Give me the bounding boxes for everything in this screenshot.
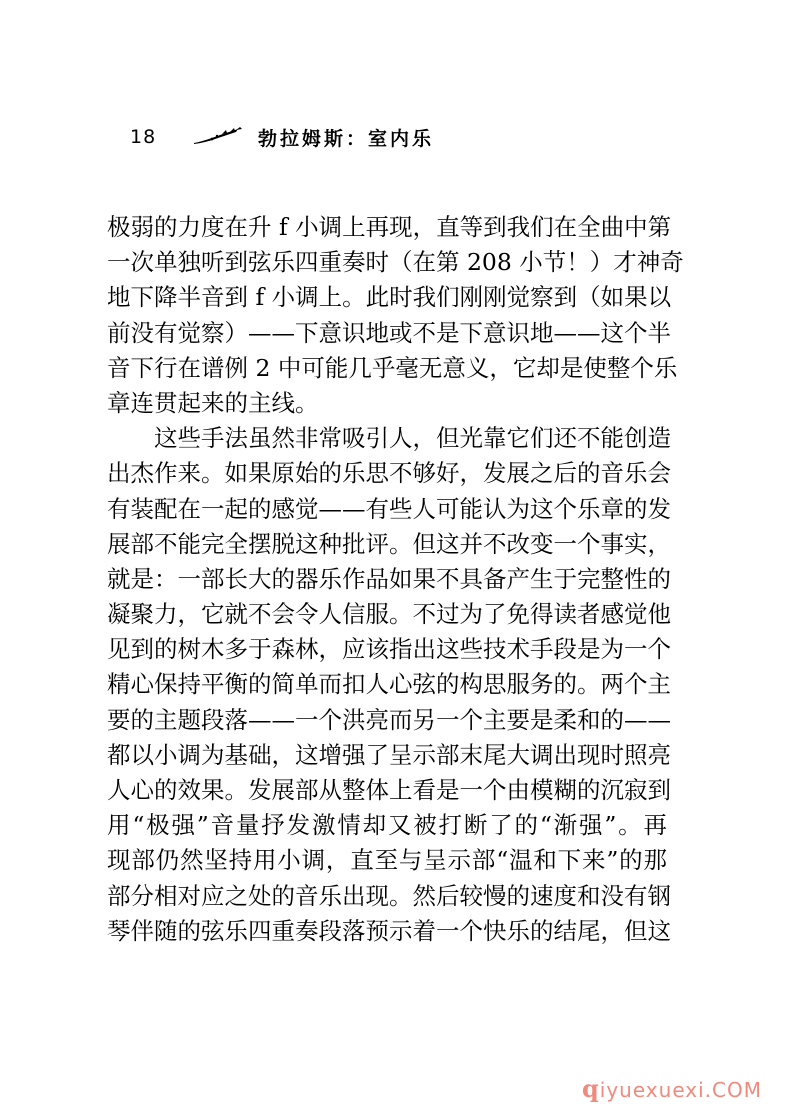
running-title: 勃拉姆斯：室内乐: [258, 124, 434, 151]
text-line: 用“极强”音量抒发激情却又被打断了的“渐强”。再: [107, 808, 667, 843]
text-line: 音下行在谱例 2 中可能几乎毫无意义，它却是使整个乐: [107, 351, 667, 386]
feather-ornament-icon: [192, 126, 244, 146]
text-line: 展部不能完全摆脱这种批评。但这并不改变一个事实，: [107, 527, 667, 562]
site-watermark: qiyuexuexi.COM: [582, 1074, 762, 1103]
text-line: 凝聚力，它就不会令人信服。不过为了免得读者感觉他: [107, 597, 667, 632]
text-line: 琴伴随的弦乐四重奏段落预示着一个快乐的结尾，但这: [107, 914, 667, 949]
text-line: 有装配在一起的感觉——有些人可能认为这个乐章的发: [107, 492, 667, 527]
page-header: 18 勃拉姆斯：室内乐: [130, 122, 650, 152]
text-line: 章连贯起来的主线。: [107, 386, 667, 421]
watermark-text: iyuexuexi.COM: [600, 1078, 762, 1102]
body-text: 极弱的力度在升 f 小调上再现，直等到我们在全曲中第 一次单独听到弦乐四重奏时（…: [107, 210, 667, 949]
text-line: 精心保持平衡的简单而扣人心弦的构思服务的。两个主: [107, 667, 667, 702]
text-line: 前没有觉察）——下意识地或不是下意识地——这个半: [107, 316, 667, 351]
text-line: 这些手法虽然非常吸引人，但光靠它们还不能创造: [107, 421, 667, 456]
text-line: 见到的树木多于森林，应该指出这些技术手段是为一个: [107, 632, 667, 667]
text-line: 部分相对应之处的音乐出现。然后较慢的速度和没有钢: [107, 879, 667, 914]
text-line: 极弱的力度在升 f 小调上再现，直等到我们在全曲中第: [107, 210, 667, 245]
text-line: 要的主题段落——一个洪亮而另一个主要是柔和的——: [107, 703, 667, 738]
text-line: 人心的效果。发展部从整体上看是一个由模糊的沉寂到: [107, 773, 667, 808]
page-number: 18: [130, 126, 156, 148]
text-line: 现部仍然坚持用小调，直至与呈示部“温和下来”的那: [107, 843, 667, 878]
watermark-logo-letter: q: [582, 1074, 600, 1103]
text-line: 一次单独听到弦乐四重奏时（在第 208 小节！）才神奇: [107, 245, 667, 280]
text-line: 出杰作来。如果原始的乐思不够好，发展之后的音乐会: [107, 456, 667, 491]
text-line: 就是：一部长大的器乐作品如果不具备产生于完整性的: [107, 562, 667, 597]
text-line: 地下降半音到 f 小调上。此时我们刚刚觉察到（如果以: [107, 280, 667, 315]
text-line: 都以小调为基础，这增强了呈示部末尾大调出现时照亮: [107, 738, 667, 773]
